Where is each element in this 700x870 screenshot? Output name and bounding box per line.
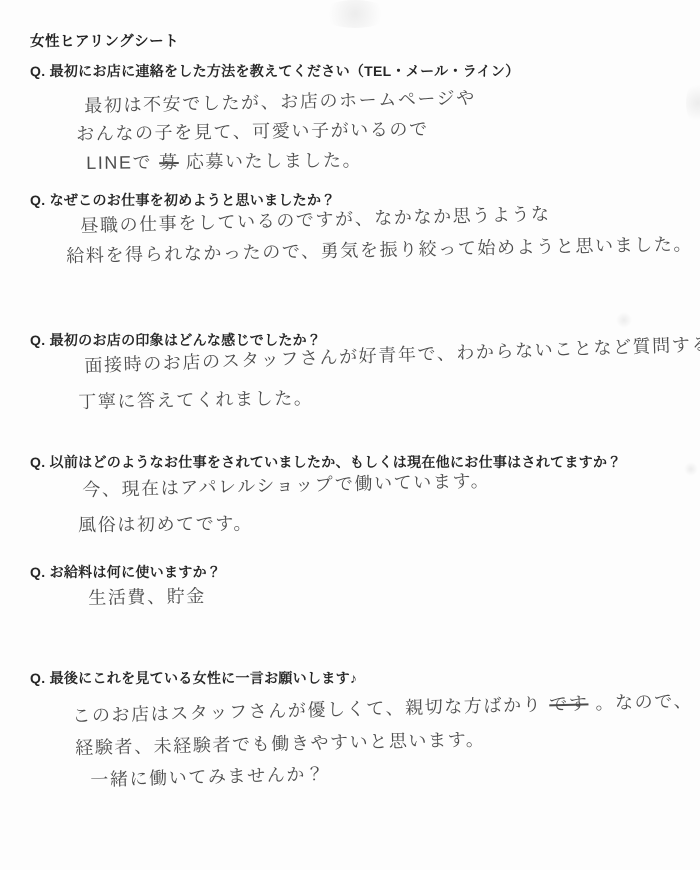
answer-6-crossed-out-word: です bbox=[549, 693, 589, 714]
scan-smudge bbox=[616, 312, 632, 328]
question-5: Q. お給料は何に使いますか？ bbox=[30, 562, 221, 582]
answer-3-line-2: 丁寧に答えてくれました。 bbox=[78, 384, 314, 414]
answer-4-line-2: 風俗は初めてです。 bbox=[78, 509, 253, 537]
answer-1-line-3-pre: LINEで bbox=[86, 152, 152, 173]
answer-1-line-2: おんなの子を見て、可愛い子がいるので bbox=[76, 115, 429, 146]
question-4: Q. 以前はどのようなお仕事をされていましたか、もしくは現在他にお仕事はされてま… bbox=[30, 452, 622, 472]
scan-smudge bbox=[320, 0, 390, 28]
answer-6-line-1-pre: このお店はスタッフさんが優しくて、親切な方ばかり bbox=[72, 695, 542, 726]
page-title: 女性ヒアリングシート bbox=[30, 30, 179, 51]
answer-6-line-3: 一緒に働いてみませんか？ bbox=[90, 760, 326, 792]
question-6: Q. 最後にこれを見ている女性に一言お願いします♪ bbox=[30, 668, 357, 688]
hearing-sheet-document: 女性ヒアリングシート Q. 最初にお店に連絡をした方法を教えてください（TEL・… bbox=[0, 0, 700, 870]
answer-1-line-3-post: 応募いたしました。 bbox=[186, 150, 363, 172]
answer-5-line-1: 生活費、貯金 bbox=[88, 582, 206, 610]
answer-1-line-3: LINEで募応募いたしました。 bbox=[86, 146, 362, 175]
answer-6-line-1-post: 。なので、 bbox=[595, 691, 693, 713]
scan-smudge bbox=[686, 80, 700, 126]
answer-6-line-2: 経験者、未経験者でも働きやすいと思います。 bbox=[75, 725, 486, 760]
question-1: Q. 最初にお店に連絡をした方法を教えてください（TEL・メール・ライン） bbox=[30, 61, 520, 81]
answer-4-line-1: 今、現在はアパレルショップで働いています。 bbox=[82, 467, 490, 502]
answer-1-crossed-out-word: 募 bbox=[159, 152, 179, 172]
answer-6-line-1: このお店はスタッフさんが優しくて、親切な方ばかりです。なので、 bbox=[72, 687, 693, 728]
scan-smudge bbox=[684, 462, 698, 476]
answer-1-line-1: 最初は不安でしたが、お店のホームページや bbox=[84, 84, 476, 118]
